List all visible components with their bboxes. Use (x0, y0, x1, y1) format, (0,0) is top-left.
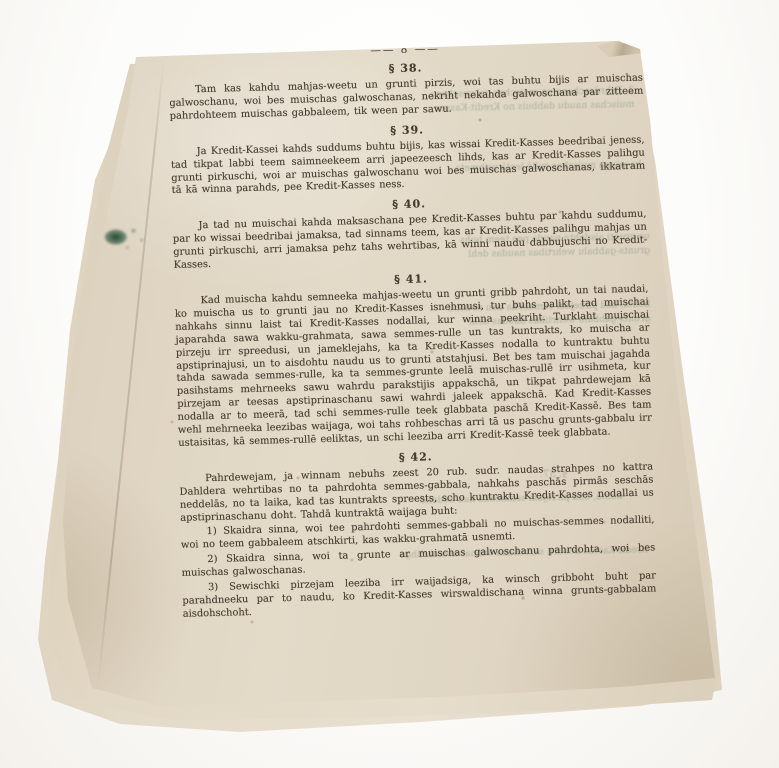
paragraph-41: Kad muischa kahdu semneeka mahjas-weetu … (174, 283, 652, 450)
paragraph-38: Tam kas kahdu mahjas-weetu un grunti pir… (169, 73, 644, 124)
page-text-block: —— 8 —— § 38. Tam kas kahdu mahjas-weetu… (168, 38, 657, 624)
paragraph-39: Ja Kredit-Kassei kahds suddums buhtu bij… (171, 134, 646, 198)
paragraph-40: Ja tad nu muischai kahda maksaschana pee… (172, 209, 647, 273)
photo-of-document: 2. Pahrdoschana un muischas galwoschana … (0, 0, 779, 768)
